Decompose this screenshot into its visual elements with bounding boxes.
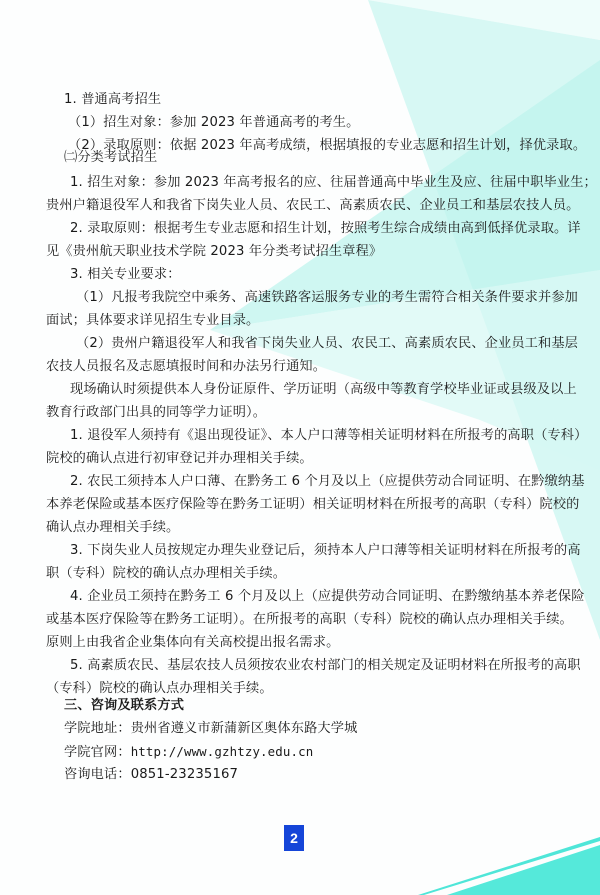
phone-value: 0851-23235167 [131,767,238,782]
onsite-confirmation-line-2: 教育行政部门出具的同等学力证明）。 [46,403,556,423]
requirement-2-line-2: 农技人员报名及志愿填报时间和办法另行通知。 [46,357,556,377]
category-admission-line-1: 2. 录取原则：根据考生专业志愿和招生计划，按照考生综合成绩由高到低择优录取。详 [70,219,580,239]
rule-3-line-2: 职（专科）院校的确认点办理相关手续。 [46,564,556,584]
rule-4-line-1: 4. 企业员工须持在黔务工 6 个月及以上（应提供劳动合同证明、在黔缴纳基本养老… [70,587,580,607]
rule-1-line-2: 院校的确认点进行初审登记并办理相关手续。 [46,449,556,469]
address-label: 学院地址： [64,721,131,736]
contact-heading: 三、咨询及联系方式 [64,696,574,716]
phone-label: 咨询电话： [64,767,131,782]
website-label: 学院官网： [64,745,131,760]
rule-2-line-1: 2. 农民工须持本人户口薄、在黔务工 6 个月及以上（应提供劳动合同证明、在黔缴… [70,472,580,492]
address-row: 学院地址：贵州省遵义市新蒲新区奥体东路大学城 [64,719,574,739]
requirement-1-line-2: 面试；具体要求详见招生专业目录。 [46,311,556,331]
category-exam-heading: ㈡分类考试招生 [64,148,574,168]
rule-2-line-2: 本养老保险或基本医疗保险等在黔务工证明）相关证明材料在所报考的高职（专科）院校的 [46,495,556,515]
requirements-heading: 3. 相关专业要求： [70,265,580,285]
rule-4-line-3: 原则上由我省企业集体向有关高校提出报名需求。 [46,633,556,653]
rule-5-line-1: 5. 高素质农民、基层农技人员须按农业农村部门的相关规定及证明材料在所报考的高职 [70,656,580,676]
category-target-line-2: 贵州户籍退役军人和我省下岗失业人员、农民工、高素质农民、企业员工和基层农技人员。 [46,196,556,216]
category-target-line-1: 1. 招生对象：参加 2023 年高考报名的应、往届普通高中毕业生及应、往届中职… [70,173,580,193]
category-admission-line-2: 见《贵州航天职业技术学院 2023 年分类考试招生章程》 [46,242,556,262]
rule-2-line-3: 确认点办理相关手续。 [46,518,556,538]
requirement-2-line-1: （2）贵州户籍退役军人和我省下岗失业人员、农民工、高素质农民、企业员工和基层 [76,334,586,354]
onsite-confirmation-line-1: 现场确认时须提供本人身份证原件、学历证明（高级中等教育学校毕业证或县级及以上 [70,380,580,400]
rule-4-line-2: 或基本医疗保险等在黔务工证明）。在所报考的高职（专科）院校的确认点办理相关手续。 [46,610,556,630]
website-link[interactable]: http://www.gzhtzy.edu.cn [131,744,314,759]
address-value: 贵州省遵义市新蒲新区奥体东路大学城 [131,721,358,736]
regular-exam-heading: 1. 普通高考招生 [64,90,574,110]
document-page: 1. 普通高考招生 （1）招生对象：参加 2023 年普通高考的考生。 （2）录… [0,0,600,895]
website-row: 学院官网：http://www.gzhtzy.edu.cn [64,742,574,763]
requirement-1-line-1: （1）凡报考我院空中乘务、高速铁路客运服务专业的考生需符合相关条件要求并参加 [76,288,586,308]
rule-1-line-1: 1. 退役军人须持有《退出现役证》、本人户口薄等相关证明材料在所报考的高职（专科… [70,426,580,446]
page-number-badge: 2 [284,825,304,851]
phone-row: 咨询电话：0851-23235167 [64,765,574,785]
regular-exam-item-1: （1）招生对象：参加 2023 年普通高考的考生。 [68,113,578,133]
rule-3-line-1: 3. 下岗失业人员按规定办理失业登记后，须持本人户口薄等相关证明材料在所报考的高 [70,541,580,561]
